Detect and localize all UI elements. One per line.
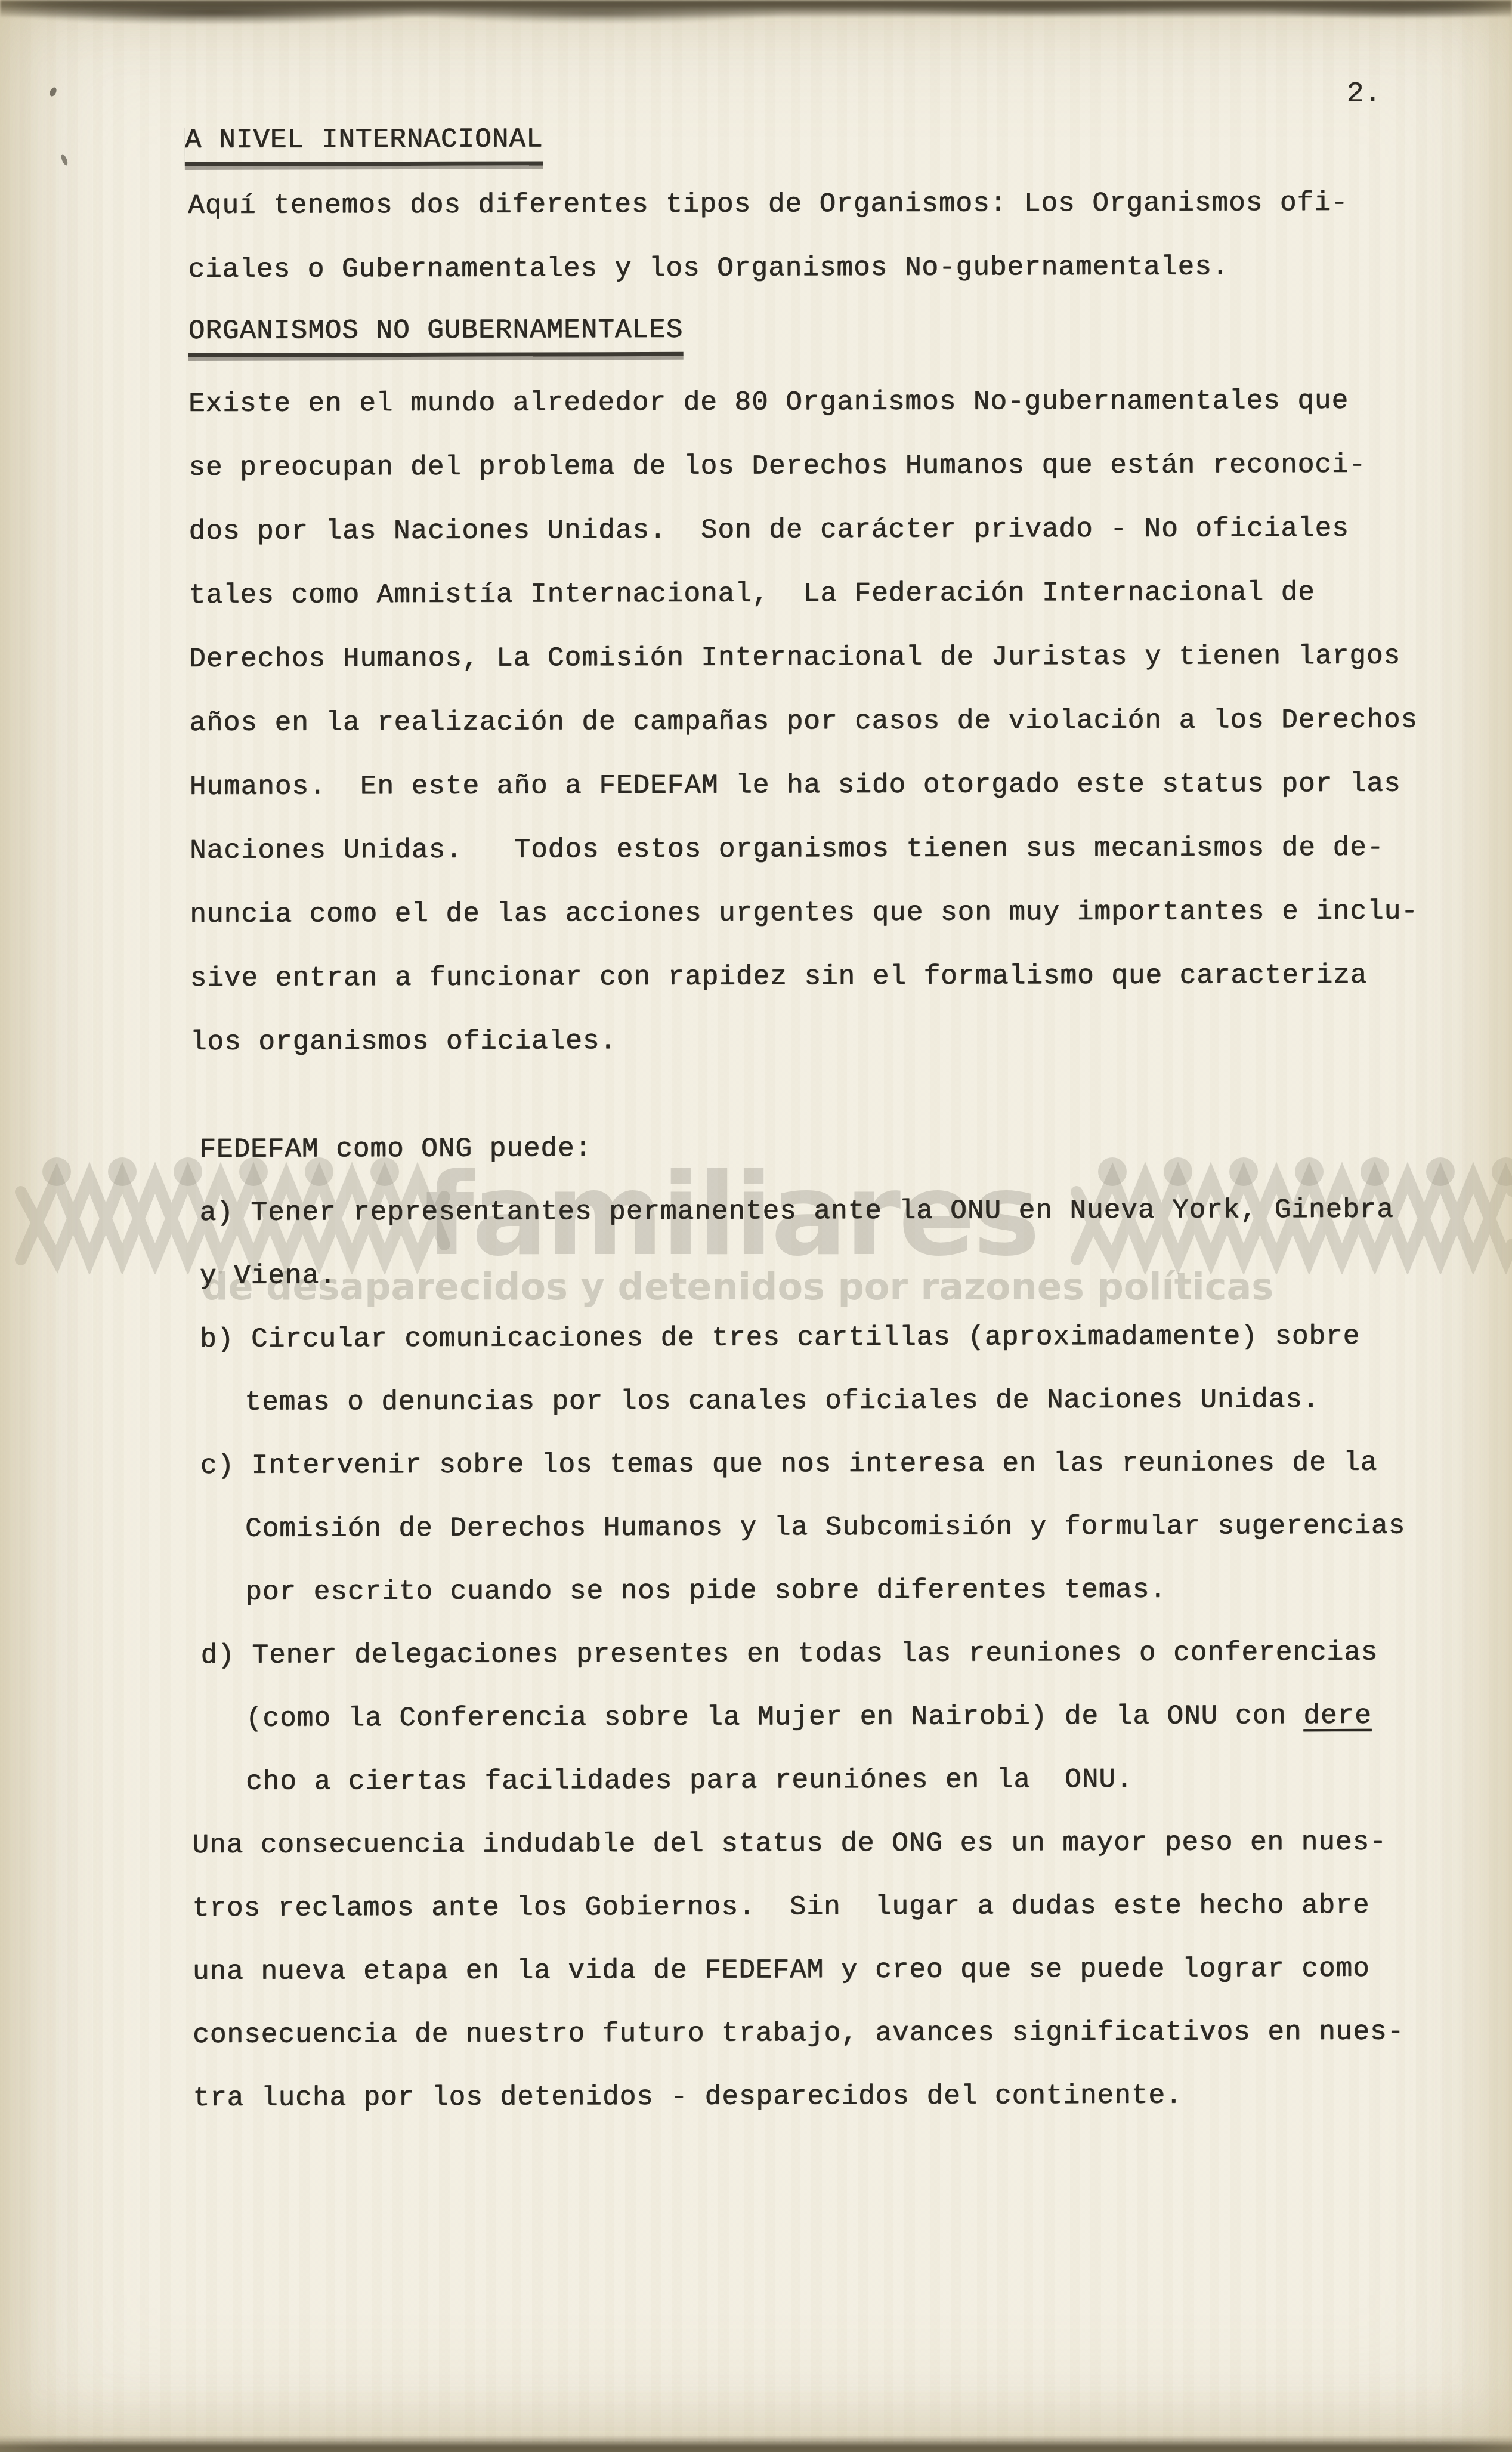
section-heading-internacional: A NIVEL INTERNACIONAL xyxy=(185,123,543,166)
text-segment: (como la Conferencia sobre la Mujer en N… xyxy=(246,1700,1304,1734)
text-line: los organismos oficiales. xyxy=(190,1025,617,1058)
text-line: años en la realización de campañas por c… xyxy=(189,704,1418,739)
text-line: c) Intervenir sobre los temas que nos in… xyxy=(200,1447,1378,1482)
typewritten-text-layer: 2. A NIVEL INTERNACIONALAquí tenemos dos… xyxy=(0,0,1512,2452)
text-line: Aquí tenemos dos diferentes tipos de Org… xyxy=(188,187,1348,222)
text-line: Una consecuencia indudable del status de… xyxy=(192,1826,1386,1861)
underlined-text-segment: dere xyxy=(1303,1700,1372,1731)
text-line: Existe en el mundo alrededor de 80 Organ… xyxy=(188,385,1349,420)
text-line: ciales o Gubernamentales y los Organismo… xyxy=(188,251,1229,286)
text-line: se preocupan del problema de los Derecho… xyxy=(188,449,1366,484)
text-line: (como la Conferencia sobre la Mujer en N… xyxy=(246,1700,1372,1735)
text-line: cho a ciertas facilidades para reuniónes… xyxy=(246,1764,1133,1798)
text-line: una nueva etapa en la vida de FEDEFAM y … xyxy=(193,1953,1370,1988)
page-number: 2. xyxy=(1347,78,1381,110)
text-line: a) Tener representantes permanentes ante… xyxy=(199,1194,1393,1229)
text-line: tales como Amnistía Internacional, La Fe… xyxy=(189,576,1315,612)
text-line: Derechos Humanos, La Comisión Internacio… xyxy=(189,640,1400,675)
text-line: sive entran a funcionar con rapidez sin … xyxy=(190,959,1367,995)
text-line: Naciones Unidas. Todos estos organismos … xyxy=(190,832,1384,867)
text-line: dos por las Naciones Unidas. Son de cará… xyxy=(188,512,1349,548)
text-line: FEDEFAM como ONG puede: xyxy=(199,1132,592,1166)
text-line: temas o denuncias por los canales oficia… xyxy=(245,1384,1319,1419)
text-line: consecuencia de nuestro futuro trabajo, … xyxy=(193,2016,1404,2051)
text-line: y Viena. xyxy=(200,1259,336,1292)
section-heading-organismos: ORGANISMOS NO GUBERNAMENTALES xyxy=(188,314,684,357)
text-line: Humanos. En este año a FEDEFAM le ha sid… xyxy=(190,768,1401,803)
document-page: familiares de desaparecidos y detenidos … xyxy=(0,0,1512,2452)
text-line: tra lucha por los detenidos - desparecid… xyxy=(193,2080,1182,2114)
text-line: por escrito cuando se nos pide sobre dif… xyxy=(245,1574,1167,1608)
text-line: d) Tener delegaciones presentes en todas… xyxy=(200,1636,1378,1672)
text-line: nuncia como el de las acciones urgentes … xyxy=(190,895,1418,931)
text-line: b) Circular comunicaciones de tres carti… xyxy=(200,1320,1360,1355)
text-line: Comisión de Derechos Humanos y la Subcom… xyxy=(245,1510,1405,1545)
text-line: tros reclamos ante los Gobiernos. Sin lu… xyxy=(192,1889,1369,1925)
